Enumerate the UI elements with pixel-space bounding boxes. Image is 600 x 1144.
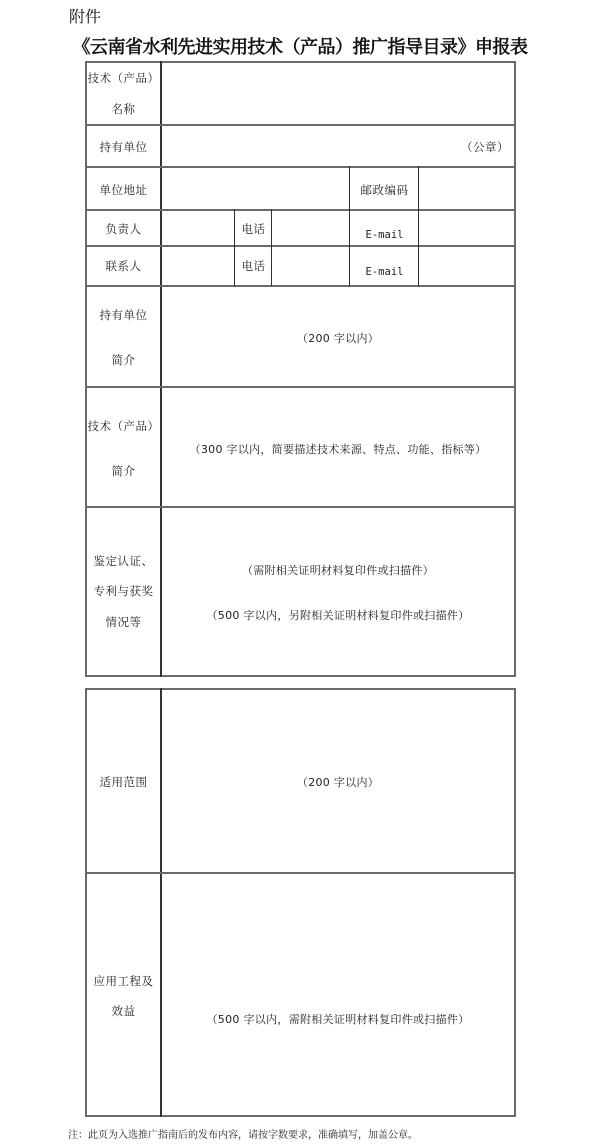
application-hint: （500 字以内，需附相关证明材料复印件或扫描件）	[162, 1011, 514, 1027]
attachment-label: 附件	[69, 4, 101, 27]
postcode-field[interactable]	[420, 168, 513, 208]
certification-label-line3: 情况等	[86, 614, 161, 630]
tech-name-label-line1: 技术（产品）	[86, 70, 161, 86]
postcode-label: 邮政编码	[350, 182, 419, 198]
scope-label: 适用范围	[86, 774, 161, 790]
contact-phone-field[interactable]	[273, 247, 348, 284]
responsible-label: 负责人	[86, 221, 161, 237]
tech-name-label-line2: 名称	[86, 101, 161, 117]
certification-label-line1: 鉴定认证、	[86, 553, 161, 569]
scope-hint: （200 字以内）	[162, 774, 514, 790]
tech-intro-label-line1: 技术（产品）	[86, 418, 161, 434]
contact-email-field[interactable]	[420, 247, 513, 284]
tech-name-field[interactable]	[163, 63, 513, 123]
tech-intro-hint: （300 字以内，简要描述技术来源、特点、功能、指标等）	[162, 441, 514, 457]
certification-field[interactable]	[163, 508, 513, 674]
application-field[interactable]	[163, 875, 513, 1114]
table2-bottom-border	[85, 1115, 516, 1117]
holder-label: 持有单位	[86, 139, 161, 155]
application-label-line1: 应用工程及	[86, 973, 161, 989]
footnote: 注：此页为入选推广指南后的发布内容，请按字数要求，准确填写，加盖公章。	[68, 1126, 418, 1141]
responsible-phone-field[interactable]	[273, 211, 348, 244]
contact-name-field[interactable]	[163, 247, 233, 284]
responsible-email-label: E-mail	[350, 229, 419, 241]
table2-right-border	[514, 688, 516, 1117]
certification-hint-1: （需附相关证明材料复印件或扫描件）	[162, 562, 514, 578]
row-separator	[85, 872, 516, 874]
responsible-email-field[interactable]	[420, 211, 513, 244]
table1-bottom-border	[85, 675, 516, 677]
contact-label: 联系人	[86, 258, 161, 274]
address-label: 单位地址	[86, 182, 161, 198]
responsible-phone-label: 电话	[235, 221, 272, 237]
table2-left-border	[85, 688, 87, 1117]
certification-label-line2: 专利与获奖	[86, 583, 161, 599]
contact-email-label: E-mail	[350, 266, 419, 278]
seal-hint: （公章）	[455, 139, 515, 155]
application-label-line2: 效益	[86, 1003, 161, 1019]
certification-hint-2: （500 字以内，另附相关证明材料复印件或扫描件）	[162, 607, 514, 623]
address-field[interactable]	[163, 168, 348, 208]
table2-label-divider	[160, 688, 162, 1117]
holder-intro-label-line1: 持有单位	[86, 307, 161, 323]
tech-intro-label-line2: 简介	[86, 463, 161, 479]
page-title: 《云南省水利先进实用技术（产品）推广指导目录》申报表	[0, 33, 600, 59]
contact-phone-label: 电话	[235, 258, 272, 274]
holder-intro-label-line2: 简介	[86, 352, 161, 368]
holder-intro-hint: （200 字以内）	[162, 330, 514, 346]
responsible-name-field[interactable]	[163, 211, 233, 244]
